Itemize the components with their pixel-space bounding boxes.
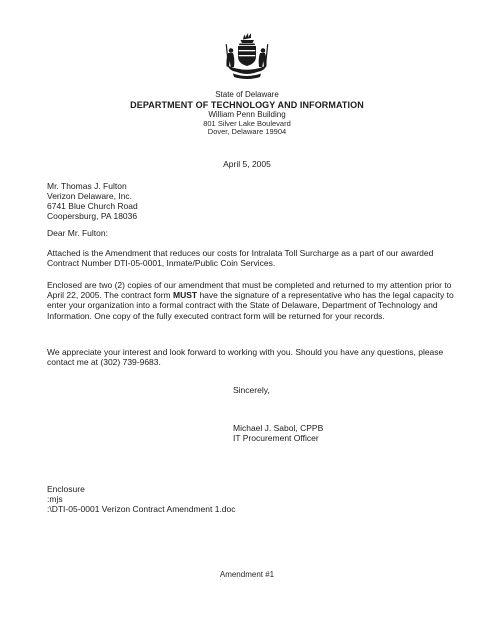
closing: Sincerely, <box>233 385 270 395</box>
letterhead-department-name: DEPARTMENT OF TECHNOLOGY AND INFORMATION <box>0 100 494 111</box>
typist-initials: :mjs <box>47 494 236 504</box>
body-paragraph-2: Enclosed are two (2) copies of our amend… <box>47 280 456 321</box>
recipient-name: Mr. Thomas J. Fulton <box>47 181 138 191</box>
signer-name: Michael J. Sabol, CPPB <box>233 423 323 433</box>
letterhead-state-line: State of Delaware <box>0 90 494 100</box>
recipient-address-block: Mr. Thomas J. Fulton Verizon Delaware, I… <box>47 181 138 221</box>
signature-block: Michael J. Sabol, CPPB IT Procurement Of… <box>233 423 323 443</box>
letter-date: April 5, 2005 <box>0 159 494 169</box>
signer-title: IT Procurement Officer <box>233 433 323 443</box>
body-paragraph-1: Attached is the Amendment that reduces o… <box>47 248 456 268</box>
page-footer-label: Amendment #1 <box>0 570 494 579</box>
delaware-coat-of-arms-icon <box>223 32 271 86</box>
recipient-street: 6741 Blue Church Road <box>47 201 138 211</box>
recipient-company: Verizon Delaware, Inc. <box>47 191 138 201</box>
file-reference: :\DTI-05-0001 Verizon Contract Amendment… <box>47 504 236 514</box>
letterhead-city: Dover, Delaware 19904 <box>0 128 494 137</box>
enclosure-block: Enclosure :mjs :\DTI-05-0001 Verizon Con… <box>47 484 236 514</box>
letterhead: State of Delaware DEPARTMENT OF TECHNOLO… <box>0 32 494 137</box>
paragraph-2-bold-word: MUST <box>173 290 197 300</box>
body-paragraph-3: We appreciate your interest and look for… <box>47 347 456 367</box>
letter-document: State of Delaware DEPARTMENT OF TECHNOLO… <box>0 0 494 639</box>
salutation: Dear Mr. Fulton: <box>47 228 108 238</box>
recipient-city-state-zip: Coopersburg, PA 18036 <box>47 211 138 221</box>
enclosure-label: Enclosure <box>47 484 236 494</box>
